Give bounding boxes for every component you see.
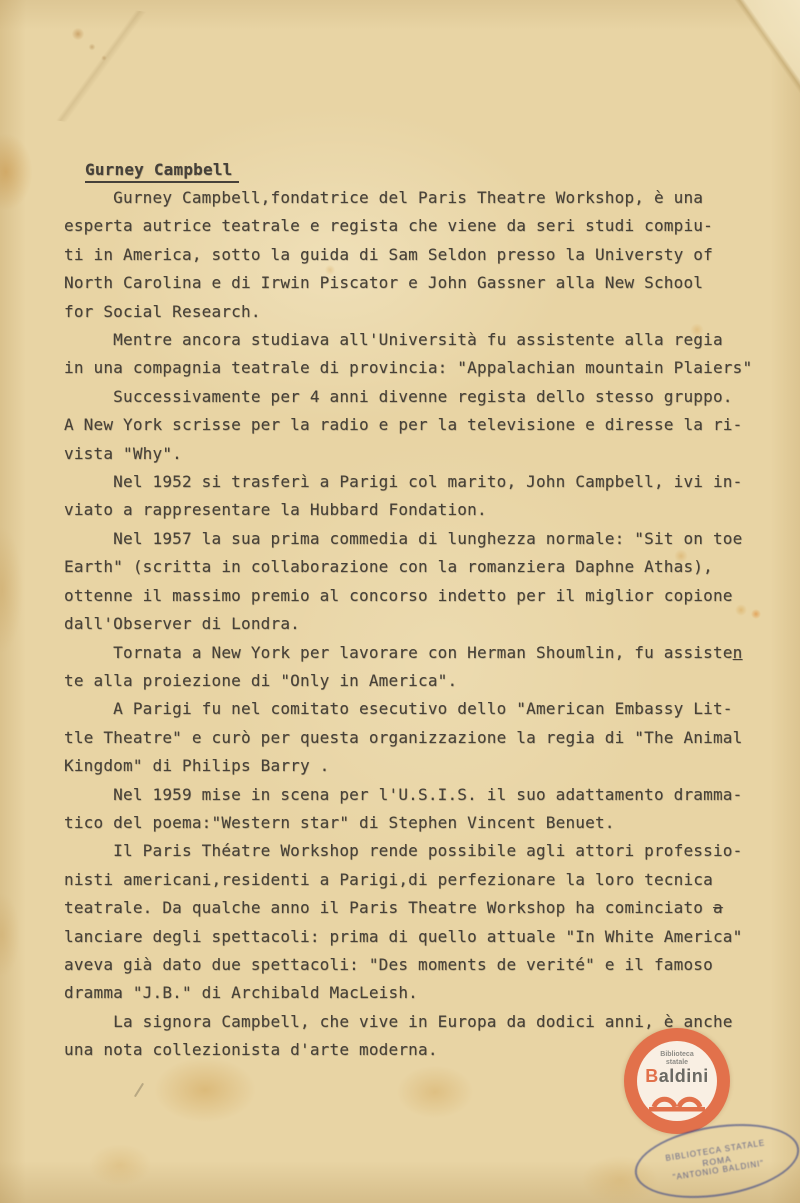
- text-line-content: La signora Campbell, che vive in Europa …: [64, 1012, 733, 1031]
- underlined-char: n: [733, 643, 743, 662]
- text-line-content: North Carolina e di Irwin Piscator e Joh…: [64, 273, 703, 292]
- text-line: te alla proiezione di "Only in America".: [64, 667, 774, 695]
- text-line: Earth" (scritta in collaborazione con la…: [64, 553, 774, 581]
- text-line: teatrale. Da qualche anno il Paris Theat…: [64, 894, 774, 922]
- text-line: lanciare degli spettacoli: prima di quel…: [64, 923, 774, 951]
- text-line-content: dall'Observer di Londra.: [64, 614, 300, 633]
- text-line: Gurney Campbell,fondatrice del Paris The…: [64, 184, 774, 212]
- text-line: for Social Research.: [64, 298, 774, 326]
- text-line: aveva già dato due spettacoli: "Des mome…: [64, 951, 774, 979]
- logo-text-small: Biblioteca statale: [660, 1051, 693, 1067]
- text-line: esperta autrice teatrale e regista che v…: [64, 212, 774, 240]
- logo-brand-text: Baldini: [645, 1067, 709, 1086]
- text-line-content: Tornata a New York per lavorare con Herm…: [64, 643, 733, 662]
- text-line: ottenne il massimo premio al concorso in…: [64, 582, 774, 610]
- text-line-content: tle Theatre" e curò per questa organizza…: [64, 728, 742, 747]
- document-page: Gurney Campbell Gurney Campbell,fondatri…: [0, 0, 800, 1203]
- text-line-content: Nel 1952 si trasferì a Parigi col marito…: [64, 472, 742, 491]
- text-line: viato a rappresentare la Hubbard Fondati…: [64, 496, 774, 524]
- corner-fold: [734, 0, 800, 94]
- text-line-content: Nel 1957 la sua prima commedia di lunghe…: [64, 529, 742, 548]
- text-line: North Carolina e di Irwin Piscator e Joh…: [64, 269, 774, 297]
- struck-char: a: [713, 898, 723, 917]
- text-line-content: Kingdom" di Philips Barry .: [64, 756, 330, 775]
- text-line: Nel 1959 mise in scena per l'U.S.I.S. il…: [64, 781, 774, 809]
- text-line-content: A Parigi fu nel comitato esecutivo dello…: [64, 699, 733, 718]
- text-line-content: for Social Research.: [64, 302, 261, 321]
- text-line: A Parigi fu nel comitato esecutivo dello…: [64, 695, 774, 723]
- text-line: Kingdom" di Philips Barry .: [64, 752, 774, 780]
- logo-text-line1: Biblioteca: [660, 1051, 693, 1059]
- text-line: Successivamente per 4 anni divenne regis…: [64, 383, 774, 411]
- pencil-mark: [134, 1083, 144, 1098]
- text-line-content: ti in America, sotto la guida di Sam Sel…: [64, 245, 713, 264]
- paper-crease: [12, 0, 187, 137]
- text-line: dramma "J.B." di Archibald MacLeish.: [64, 979, 774, 1007]
- text-line-content: dramma "J.B." di Archibald MacLeish.: [64, 983, 418, 1002]
- text-line-content: lanciare degli spettacoli: prima di quel…: [64, 927, 742, 946]
- open-book-icon: [649, 1088, 705, 1112]
- text-line: tico del poema:"Western star" di Stephen…: [64, 809, 774, 837]
- text-line: dall'Observer di Londra.: [64, 610, 774, 638]
- text-line-content: Il Paris Théatre Workshop rende possibil…: [64, 841, 742, 860]
- text-line-content: Earth" (scritta in collaborazione con la…: [64, 557, 713, 576]
- library-logo: Biblioteca statale Baldini: [624, 1028, 730, 1134]
- text-line-content: A New York scrisse per la radio e per la…: [64, 415, 742, 434]
- text-line: Nel 1957 la sua prima commedia di lunghe…: [64, 525, 774, 553]
- text-line-content: viato a rappresentare la Hubbard Fondati…: [64, 500, 487, 519]
- text-line: nisti americani,residenti a Parigi,di pe…: [64, 866, 774, 894]
- text-line-content: Gurney Campbell,fondatrice del Paris The…: [64, 188, 703, 207]
- text-line-content: teatrale. Da qualche anno il Paris Theat…: [64, 898, 713, 917]
- text-line-content: Nel 1959 mise in scena per l'U.S.I.S. il…: [64, 785, 742, 804]
- text-line: Nel 1952 si trasferì a Parigi col marito…: [64, 468, 774, 496]
- document-body: Gurney Campbell,fondatrice del Paris The…: [64, 184, 774, 1065]
- text-line-content: Successivamente per 4 anni divenne regis…: [64, 387, 733, 406]
- text-line-content: esperta autrice teatrale e regista che v…: [64, 216, 713, 235]
- text-line-content: Mentre ancora studiava all'Università fu…: [64, 330, 723, 349]
- text-line-content: nisti americani,residenti a Parigi,di pe…: [64, 870, 713, 889]
- text-line-content: aveva già dato due spettacoli: "Des mome…: [64, 955, 713, 974]
- text-line-content: una nota collezionista d'arte moderna.: [64, 1040, 438, 1059]
- text-line-content: vista "Why".: [64, 444, 182, 463]
- text-line: A New York scrisse per la radio e per la…: [64, 411, 774, 439]
- text-line: ti in America, sotto la guida di Sam Sel…: [64, 241, 774, 269]
- text-line: vista "Why".: [64, 440, 774, 468]
- text-line: tle Theatre" e curò per questa organizza…: [64, 724, 774, 752]
- text-line: in una compagnia teatrale di provincia: …: [64, 354, 774, 382]
- library-logo-inner: Biblioteca statale Baldini: [637, 1041, 717, 1121]
- text-line-content: tico del poema:"Western star" di Stephen…: [64, 813, 615, 832]
- text-line-content: ottenne il massimo premio al concorso in…: [64, 586, 733, 605]
- text-line: Il Paris Théatre Workshop rende possibil…: [64, 837, 774, 865]
- document-title: Gurney Campbell: [85, 160, 239, 183]
- text-line-content: te alla proiezione di "Only in America".: [64, 671, 457, 690]
- text-line: Tornata a New York per lavorare con Herm…: [64, 639, 774, 667]
- text-line-content: in una compagnia teatrale di provincia: …: [64, 358, 752, 377]
- text-line: Mentre ancora studiava all'Università fu…: [64, 326, 774, 354]
